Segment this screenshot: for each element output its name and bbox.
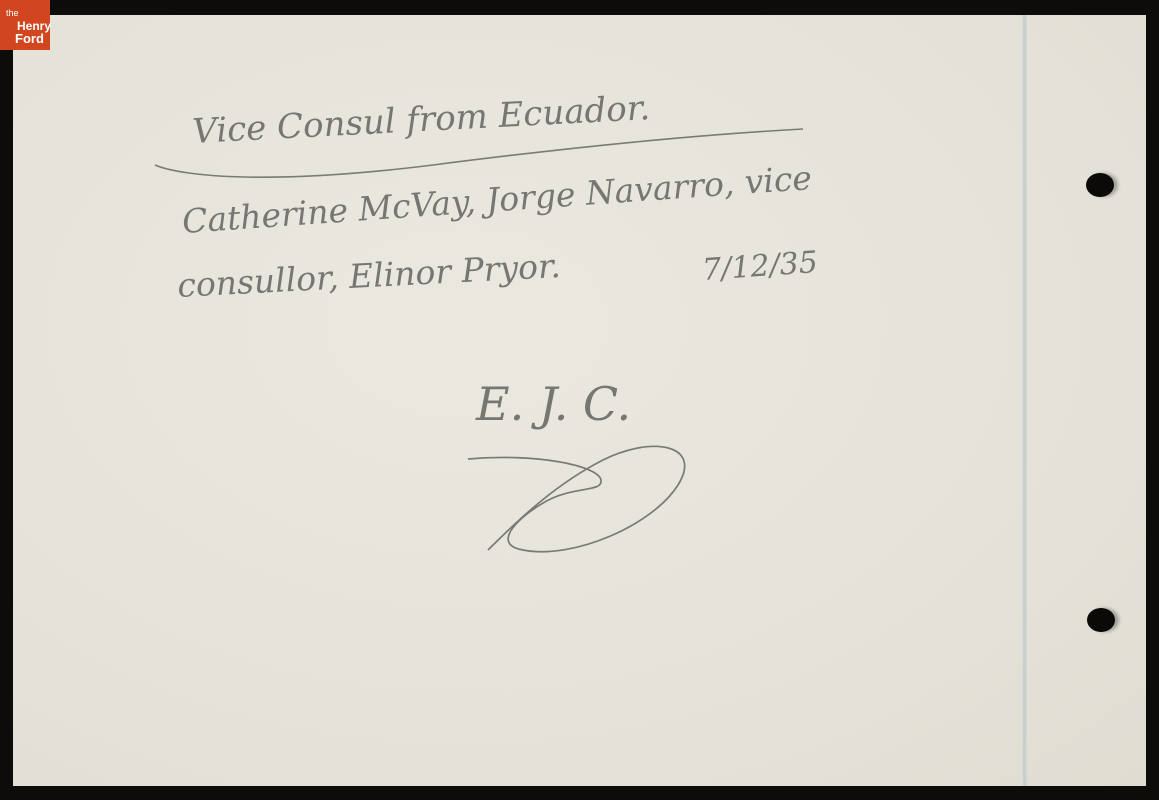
signature-flourish	[468, 446, 685, 551]
the-henry-ford-logo: the Henry Ford	[0, 0, 50, 50]
logo-line-the: the	[6, 9, 19, 18]
document-card: Vice Consul from Ecuador. Catherine McVa…	[13, 15, 1146, 786]
body-line-1: Catherine McVay, Jorge Navarro, vice	[181, 158, 813, 241]
body-line-2: consullor, Elinor Pryor.	[176, 246, 561, 305]
date-text: 7/12/35	[701, 245, 819, 288]
handwriting-layer: Vice Consul from Ecuador. Catherine McVa…	[13, 15, 1146, 786]
logo-line-ford: Ford	[15, 32, 44, 45]
initials-text: E. J. C.	[475, 377, 631, 431]
heading-text: Vice Consul from Ecuador.	[191, 88, 651, 152]
